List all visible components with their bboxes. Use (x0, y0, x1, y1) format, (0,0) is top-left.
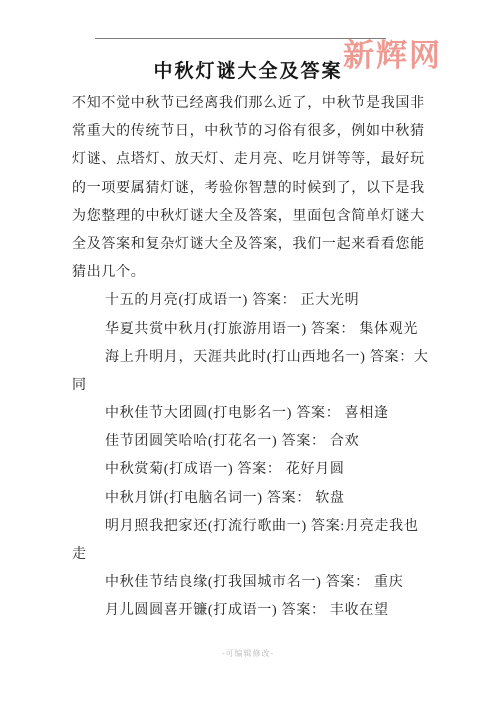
riddle-line: 中秋佳节大团圆(打电影名一) 答案： 喜相逢 (72, 400, 428, 428)
intro-line: 灯谜、点塔灯、放天灯、走月亮、吃月饼等等，最好玩 (72, 146, 428, 174)
intro-line: 常重大的传统节日，中秋节的习俗有很多，例如中秋猜 (72, 118, 428, 146)
intro-line: 的一项要属猜灯谜，考验你智慧的时候到了，以下是我 (72, 175, 428, 203)
riddle-line: 中秋月饼(打电脑名词一) 答案： 软盘 (72, 485, 428, 513)
intro-line: 全及答案和复杂灯谜大全及答案，我们一起来看看您能 (72, 231, 428, 259)
riddle-line: 佳节团圆笑哈哈(打花名一) 答案： 合欢 (72, 428, 428, 456)
riddle-line: 华夏共赏中秋月(打旅游用语一) 答案： 集体观光 (72, 316, 428, 344)
editable-watermark-note: -可编辑修改- (0, 648, 496, 659)
intro-line: 不知不觉中秋节已经离我们那么近了，中秋节是我国非 (72, 90, 428, 118)
intro-line: 为您整理的中秋灯谜大全及答案，里面包含简单灯谜大 (72, 203, 428, 231)
document-page: 新辉网 中秋灯谜大全及答案 不知不觉中秋节已经离我们那么近了，中秋节是我国非 常… (0, 0, 496, 702)
intro-line: 猜出几个。 (72, 259, 428, 287)
riddle-continuation-line: 走 (72, 541, 428, 569)
riddle-continuation-line: 同 (72, 372, 428, 400)
riddle-line: 明月照我把家还(打流行歌曲一) 答案:月亮走我也 (72, 513, 428, 541)
riddle-line: 中秋佳节结良缘(打我国城市名一) 答案： 重庆 (72, 569, 428, 597)
document-body: 不知不觉中秋节已经离我们那么近了，中秋节是我国非 常重大的传统节日，中秋节的习俗… (72, 90, 428, 626)
page-title: 中秋灯谜大全及答案 (0, 56, 496, 83)
riddle-line: 十五的月亮(打成语一) 答案： 正大光明 (72, 287, 428, 315)
riddle-line: 中秋赏菊(打成语一) 答案： 花好月圆 (72, 456, 428, 484)
riddle-line: 海上升明月，天涯共此时(打山西地名一) 答案：大 (72, 344, 428, 372)
riddle-line: 月儿圆圆喜开镰(打成语一) 答案： 丰收在望 (72, 597, 428, 625)
